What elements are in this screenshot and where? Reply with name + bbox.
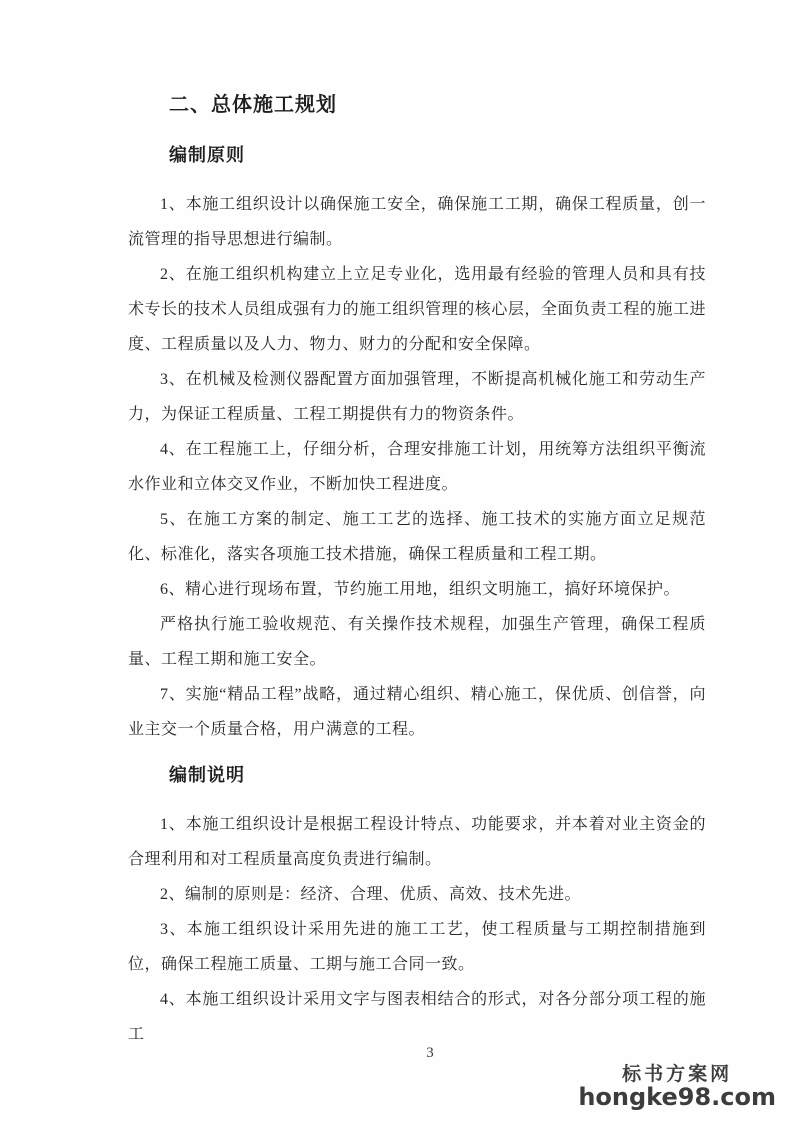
paragraph: 6、精心进行现场布置，节约施工用地，组织文明施工，搞好环境保护。 xyxy=(128,572,706,607)
paragraph: 3、本施工组织设计采用先进的施工工艺，使工程质量与工期控制措施到位，确保工程施工… xyxy=(128,912,706,982)
page-number: 3 xyxy=(130,1045,730,1062)
paragraph: 1、本施工组织设计以确保施工安全，确保施工工期，确保工程质量，创一流管理的指导思… xyxy=(128,187,706,257)
section-notes-body: 1、本施工组织设计是根据工程设计特点、功能要求，并本着对业主资金的合理利用和对工… xyxy=(128,807,706,1052)
section-heading-principles: 编制原则 xyxy=(169,143,706,167)
paragraph: 2、在施工组织机构建立上立足专业化，选用最有经验的管理人员和具有技术专长的技术人… xyxy=(128,257,706,362)
paragraph: 4、在工程施工上，仔细分析，合理安排施工计划，用统筹方法组织平衡流水作业和立体交… xyxy=(128,432,706,502)
paragraph: 4、本施工组织设计采用文字与图表相结合的形式，对各分部分项工程的施工 xyxy=(128,982,706,1052)
page-title: 二、总体施工规划 xyxy=(169,93,706,117)
section-heading-notes: 编制说明 xyxy=(169,763,706,787)
watermark-logo: 标书方案网 hongke98.com xyxy=(578,1063,776,1110)
paragraph: 1、本施工组织设计是根据工程设计特点、功能要求，并本着对业主资金的合理利用和对工… xyxy=(128,807,706,877)
section-principles-body: 1、本施工组织设计以确保施工安全，确保施工工期，确保工程质量，创一流管理的指导思… xyxy=(128,187,706,747)
watermark-site-name: 标书方案网 xyxy=(578,1063,776,1085)
document-content: 二、总体施工规划 编制原则 1、本施工组织设计以确保施工安全，确保施工工期，确保… xyxy=(128,93,706,1052)
watermark-site-url: hongke98.com xyxy=(578,1085,776,1110)
document-page: 二、总体施工规划 编制原则 1、本施工组织设计以确保施工安全，确保施工工期，确保… xyxy=(0,0,793,1122)
paragraph: 7、实施“精品工程”战略，通过精心组织、精心施工，保优质、创信誉，向业主交一个质… xyxy=(128,677,706,747)
paragraph: 3、在机械及检测仪器配置方面加强管理，不断提高机械化施工和劳动生产力，为保证工程… xyxy=(128,362,706,432)
paragraph: 5、在施工方案的制定、施工工艺的选择、施工技术的实施方面立足规范化、标准化，落实… xyxy=(128,502,706,572)
paragraph: 严格执行施工验收规范、有关操作技术规程，加强生产管理，确保工程质量、工程工期和施… xyxy=(128,607,706,677)
paragraph: 2、编制的原则是：经济、合理、优质、高效、技术先进。 xyxy=(128,877,706,912)
